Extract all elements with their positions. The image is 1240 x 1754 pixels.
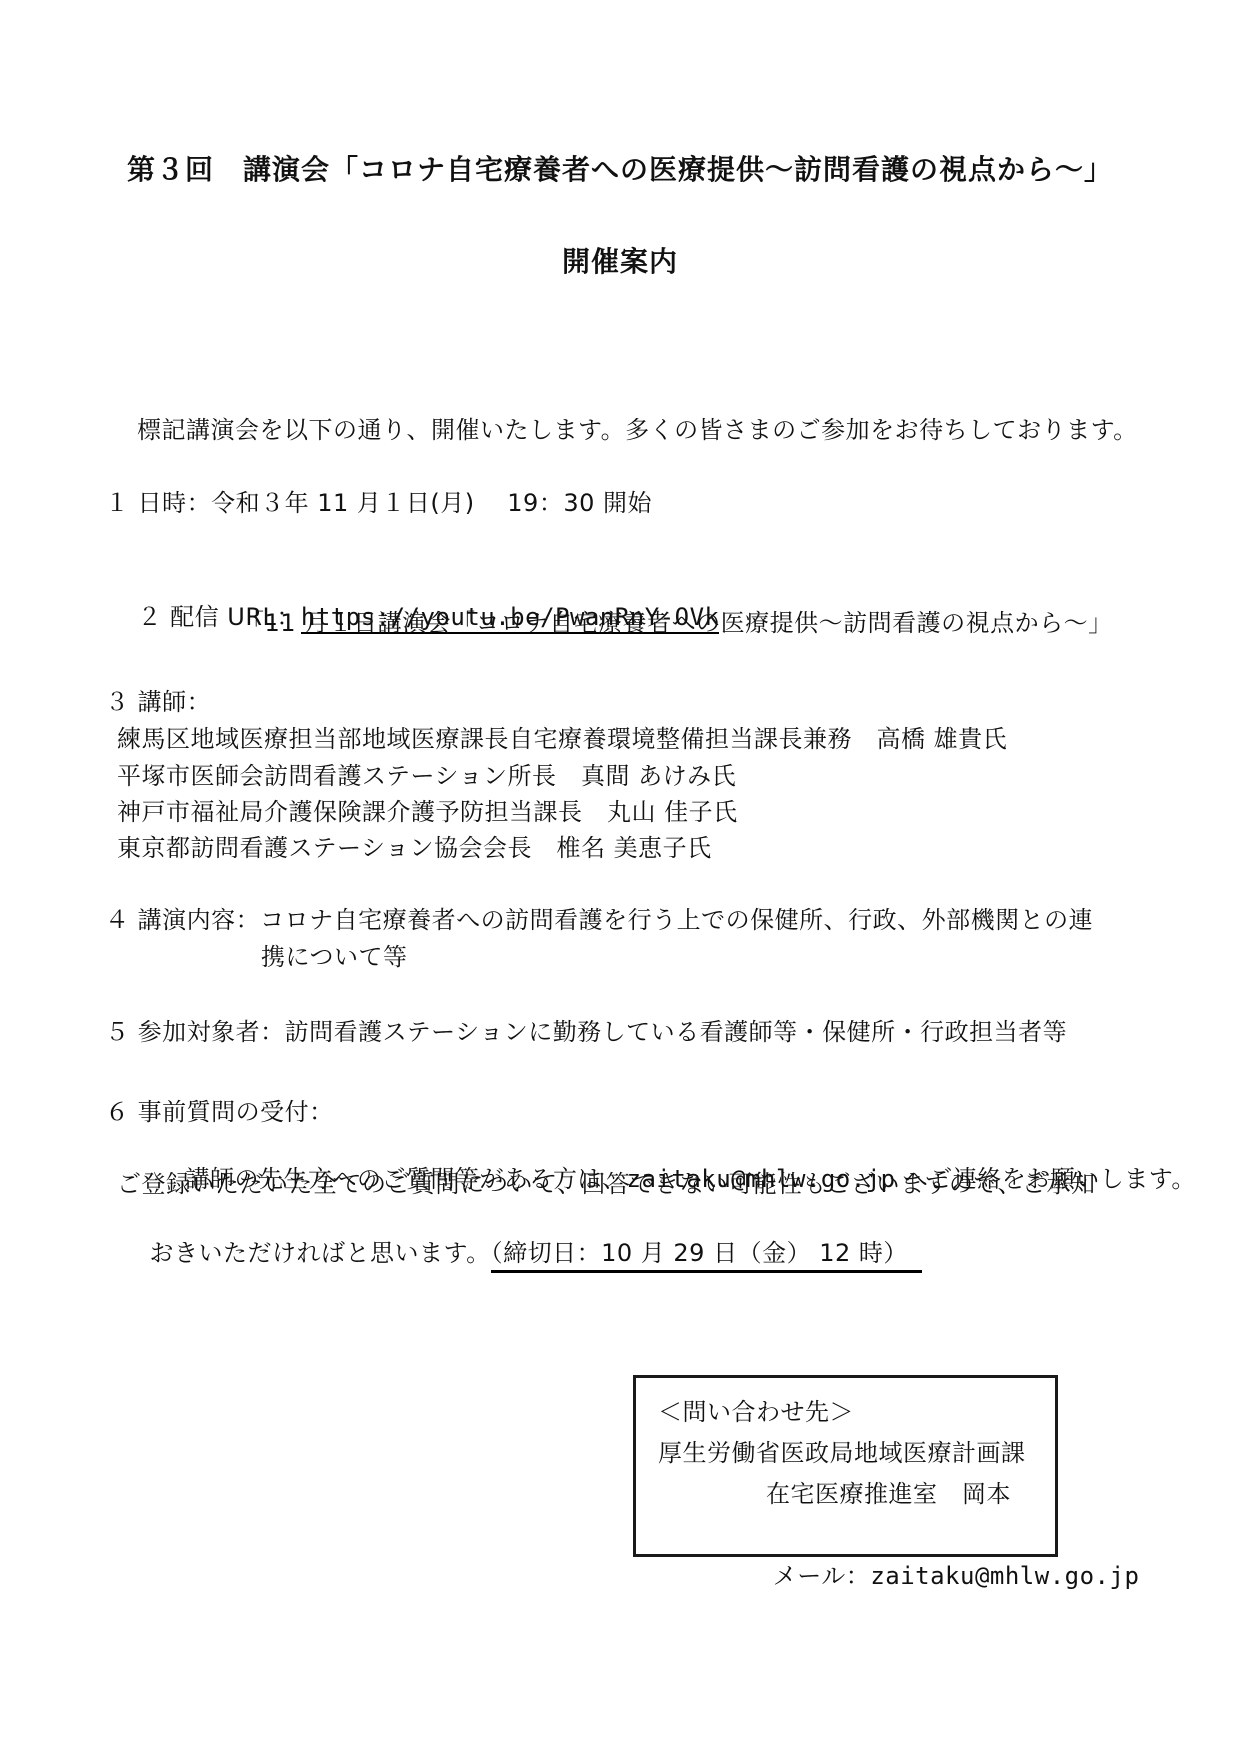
- item6-line3-text: おきいただければと思います。: [150, 1239, 491, 1267]
- speaker-4: 東京都訪問看護ステーション協会会長 椎名 美恵子氏: [117, 832, 712, 864]
- contact-office-person: 在宅医療推進室 岡本: [636, 1474, 1055, 1515]
- speaker-3: 神戸市福祉局介護保険課介護予防担当課長 丸山 佳子氏: [117, 796, 738, 828]
- contact-email-line: メール：zaitaku@mhlw.go.jp: [636, 1515, 1055, 1638]
- item6-line2: ご登録いただいた全てのご質問について、回答できない可能性もございますので、ご承知: [117, 1168, 1096, 1200]
- item2-video-caption: 「11 月１日講演会「コロナ自宅療養者への医療提供～訪問看護の視点から～」: [240, 607, 1113, 639]
- contact-box: ＜問い合わせ先＞ 厚生労働省医政局地域医療計画課 在宅医療推進室 岡本 メール：…: [633, 1375, 1058, 1557]
- item4-content-line1: ４ 講演内容：コロナ自宅療養者への訪問看護を行う上での保健所、行政、外部機関との…: [105, 904, 1093, 936]
- item3-speakers-heading: ３ 講師：: [105, 686, 211, 718]
- contact-heading: ＜問い合わせ先＞: [636, 1392, 1055, 1433]
- contact-email-address: zaitaku@mhlw.go.jp: [870, 1562, 1139, 1590]
- speaker-1: 練馬区地域医療担当部地域医療課長自宅療養環境整備担当課長兼務 高橋 雄貴氏: [117, 723, 1007, 755]
- speaker-2: 平塚市医師会訪問看護ステーション所長 真間 あけみ氏: [117, 760, 736, 792]
- contact-email-label: メール：: [773, 1562, 871, 1590]
- page-title: 第３回 講演会「コロナ自宅療養者への医療提供～訪問看護の視点から～」: [0, 148, 1240, 188]
- item1-datetime: １ 日時：令和３年 11 月１日(月) 19：30 開始: [105, 487, 652, 519]
- event-announcement-page: 第３回 講演会「コロナ自宅療養者への医療提供～訪問看護の視点から～」 開催案内 …: [0, 0, 1240, 1754]
- page-subtitle: 開催案内: [0, 240, 1240, 280]
- item5-audience: ５ 参加対象者：訪問看護ステーションに勤務している看護師等・保健所・行政担当者等: [105, 1016, 1067, 1048]
- intro-paragraph: 標記講演会を以下の通り、開催いたします。多くの皆さまのご参加をお待ちしております…: [137, 414, 1138, 446]
- contact-organization: 厚生労働省医政局地域医療計画課: [636, 1433, 1055, 1474]
- question-deadline: （締切日：10 月 29 日（金） 12 時）: [491, 1239, 922, 1273]
- item4-content-line2: 携について等: [261, 941, 408, 973]
- item6-questions-heading: ６ 事前質問の受付：: [105, 1096, 334, 1128]
- item6-line3: おきいただければと思います。（締切日：10 月 29 日（金） 12 時）: [117, 1205, 922, 1301]
